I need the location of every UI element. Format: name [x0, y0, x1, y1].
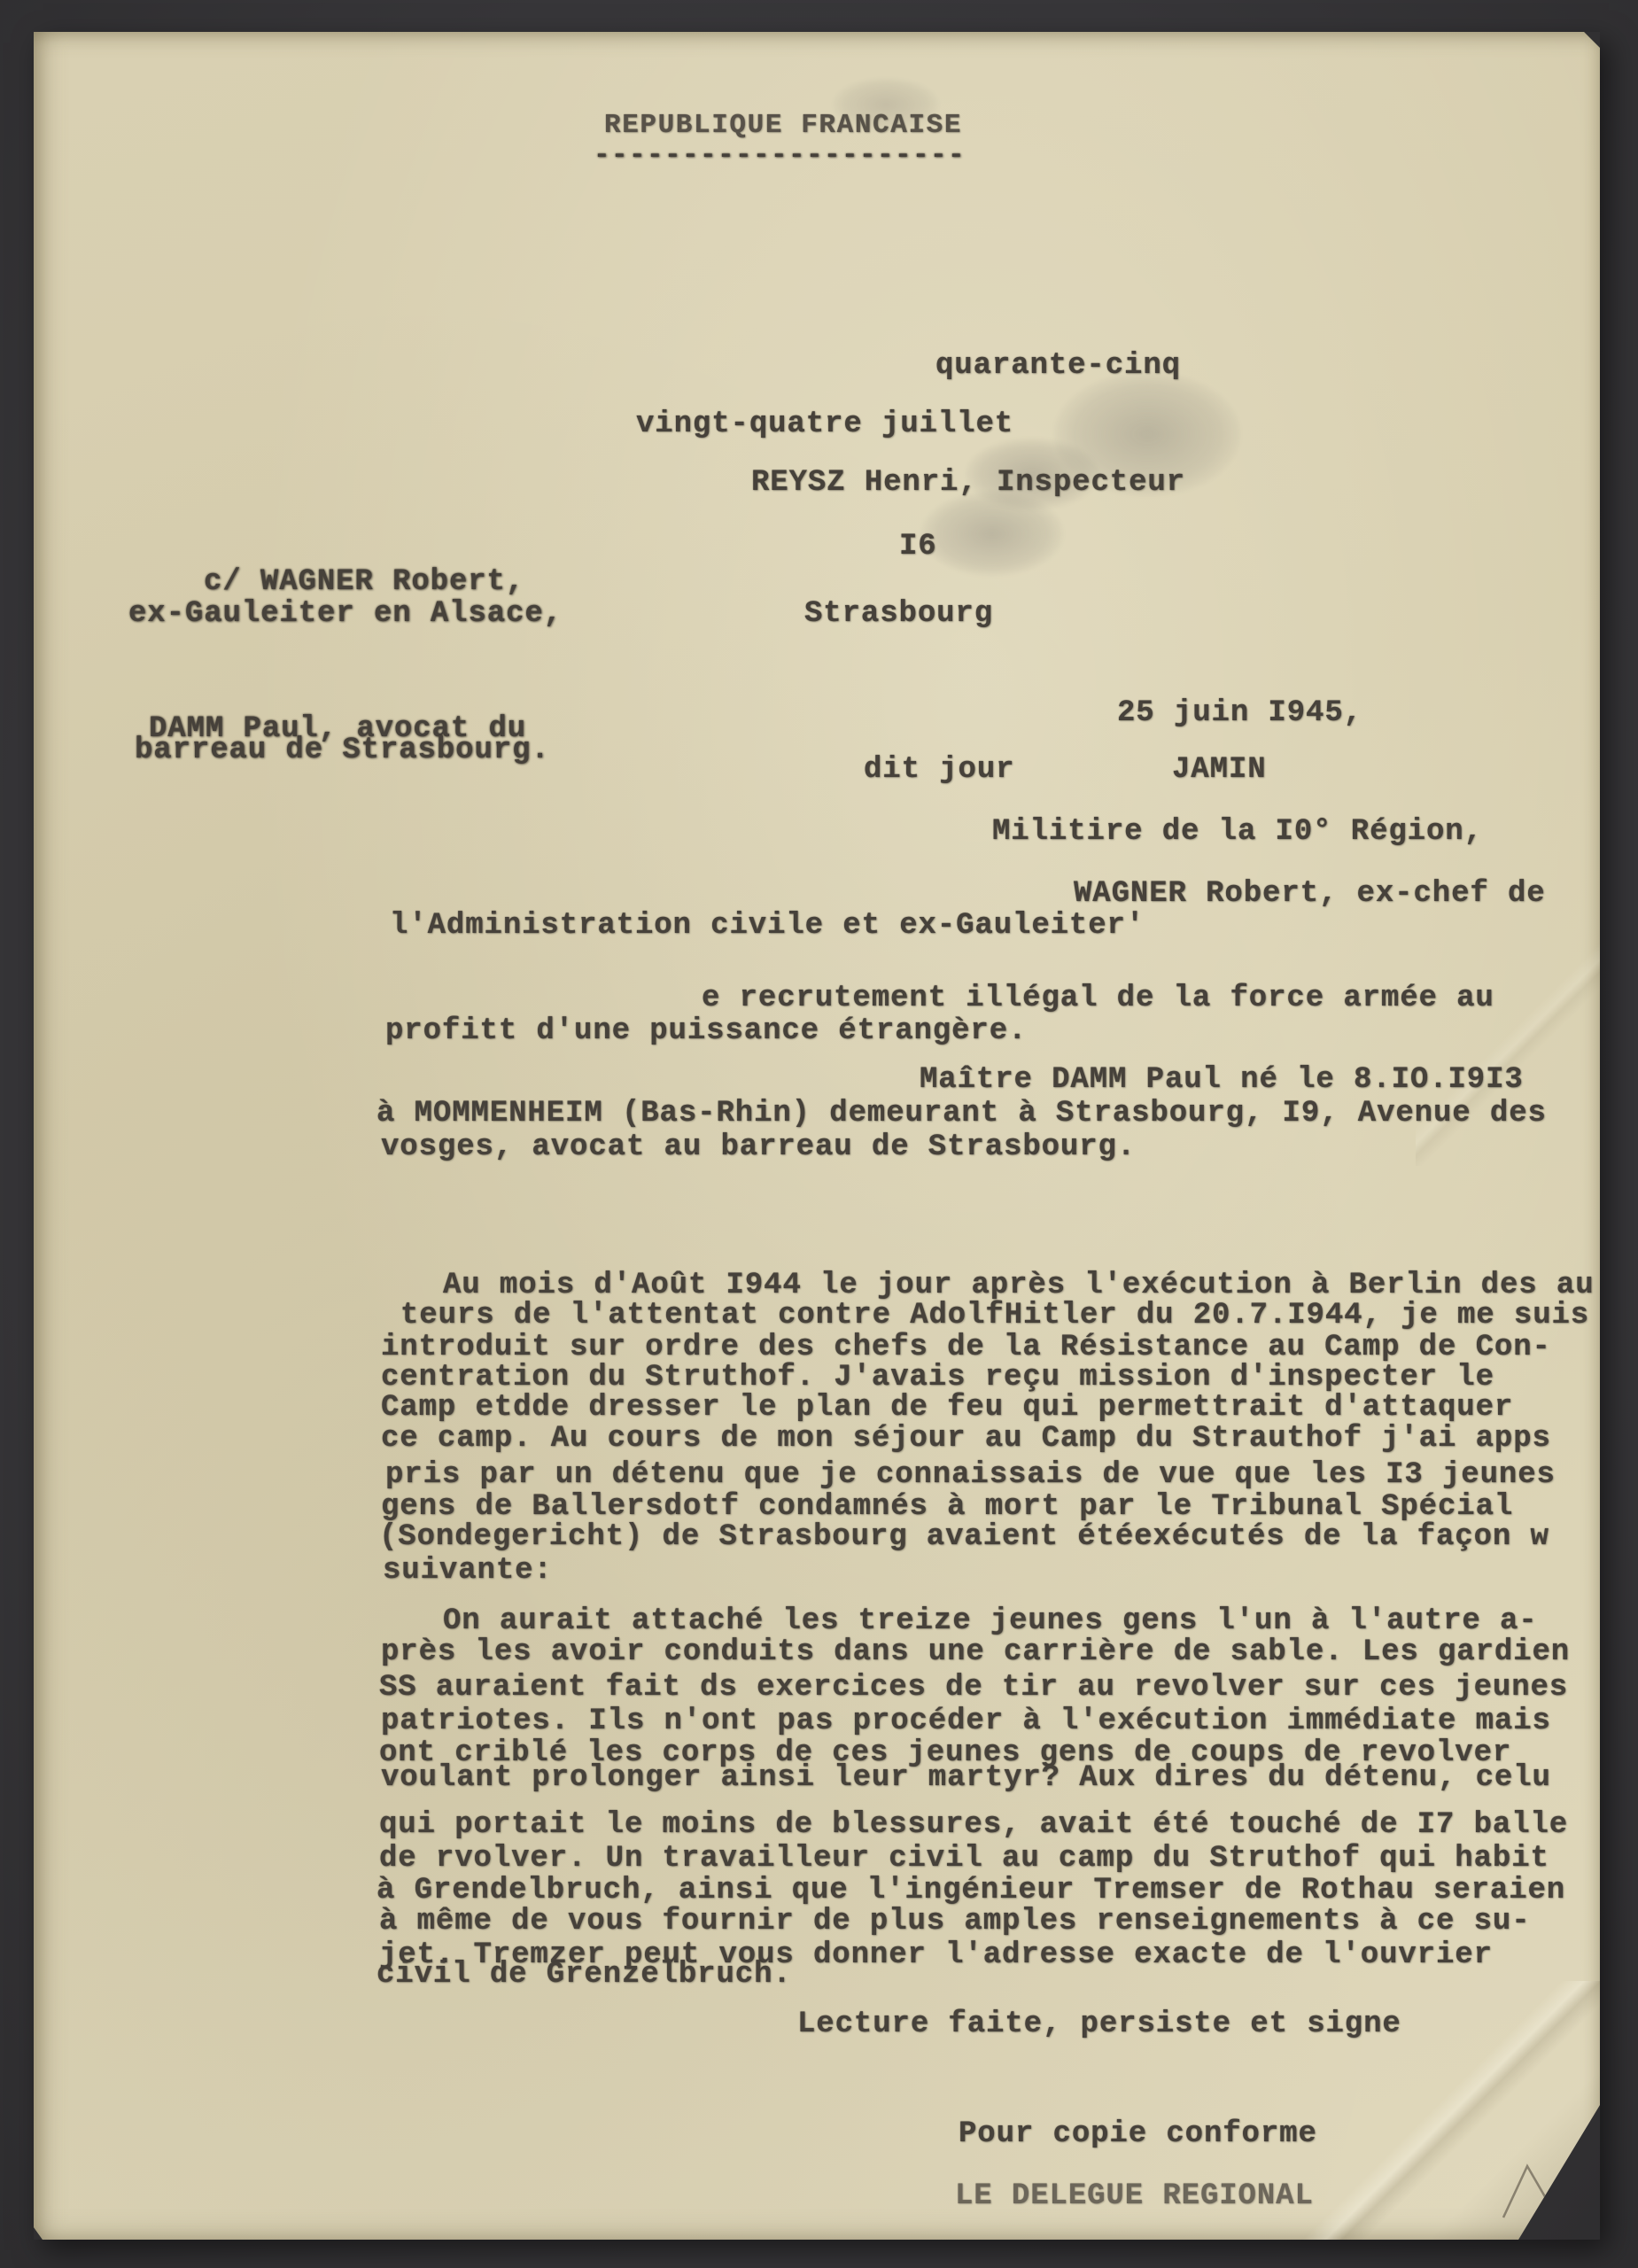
closing-copy-line: Pour copie conforme — [959, 2119, 1317, 2149]
closing-delegate-line: LE DELEGUE REGIONAL — [955, 2181, 1314, 2211]
witness-line1: Maître DAMM Paul né le 8.IO.I9I3 — [920, 1065, 1524, 1095]
number-line: I6 — [899, 532, 937, 562]
accused-margin-line2: ex-Gauleiter en Alsace, — [128, 599, 563, 629]
paper-crease — [1416, 936, 1602, 1166]
para2-line: qui portait le moins de blessures, avait… — [379, 1810, 1568, 1840]
para2-line: près les avoir conduits dans une carrièr… — [381, 1637, 1570, 1667]
para2-line: On aurait attaché les treize jeunes gens… — [443, 1606, 1538, 1636]
para2-line: à Grendelbruch, ainsi que l'ingénieur Tr… — [377, 1876, 1565, 1906]
accused-margin-line1: c/ WAGNER Robert, — [204, 567, 524, 597]
para1-line: ce camp. Au cours de mon séjour au Camp … — [381, 1424, 1551, 1454]
para1-line: (Sondegericht) de Strasbourg avaient été… — [379, 1522, 1549, 1552]
para2-line: SS auraient fait ds exercices de tir au … — [379, 1673, 1568, 1703]
para2-line: à même de vous fournir de plus amples re… — [379, 1907, 1531, 1937]
para1-line: Au mois d'Août I944 le jour après l'exéc… — [443, 1270, 1595, 1301]
para1-line: introduit sur ordre des chefs de la Rési… — [381, 1332, 1551, 1363]
city-line: Strasbourg — [804, 599, 993, 629]
para1-line: Camp etdde dresser le plan de feu qui pe… — [381, 1393, 1513, 1423]
para2-line: civil de Grenzelbruch. — [377, 1960, 792, 1990]
witness-line2: à MOMMENHEIM (Bas-Rhin) demeurant à Stra… — [377, 1099, 1547, 1129]
document-title: REPUBLIQUE FRANCAISE — [604, 112, 962, 139]
para2-line: voulant prolonger ainsi leur martyr? Aux… — [381, 1763, 1551, 1793]
date-words-line: vingt-quatre juillet — [636, 409, 1013, 439]
region-line: Militire de la I0° Région, — [992, 817, 1483, 847]
amount-line: quarante-cinq — [935, 351, 1181, 381]
para1-line: pris par un détenu que je connaissais de… — [385, 1460, 1556, 1490]
charge-line1: e recrutement illégal de la force armée … — [702, 983, 1494, 1014]
date-line: 25 juin I945, — [1117, 698, 1362, 728]
title-underline: --------------------- — [594, 142, 966, 169]
para1-line: suivante: — [383, 1556, 553, 1586]
para2-line: de rvolver. Un travailleur civil au camp… — [379, 1844, 1549, 1874]
signatory-name: JAMIN — [1172, 755, 1267, 785]
accused-title-line1: WAGNER Robert, ex-chef de — [1074, 879, 1546, 909]
accused-title-line2: l'Administration civile et ex-Gauleiter' — [390, 911, 1145, 941]
para2-line: patriotes. Ils n'ont pas procéder à l'ex… — [381, 1706, 1551, 1736]
dit-jour-line: dit jour — [864, 755, 1014, 785]
scan-surface: REPUBLIQUE FRANCAISE -------------------… — [0, 0, 1638, 2268]
para1-line: centration du Struthof. J'avais reçu mis… — [381, 1363, 1494, 1393]
charge-line2: profitt d'une puissance étrangère. — [385, 1016, 1027, 1046]
para1-line: teurs de l'attentat contre AdolfHitler d… — [400, 1301, 1589, 1331]
inspector-line: REYSZ Henri, Inspecteur — [751, 468, 1185, 498]
lawyer-margin-line2: barreau de Strasbourg. — [135, 735, 550, 765]
para1-line: gens de Ballersdotf condamnés à mort par… — [381, 1492, 1513, 1522]
witness-line3: vosges, avocat au barreau de Strasbourg. — [381, 1132, 1136, 1162]
closing-read-line: Lecture faite, persiste et signe — [797, 2009, 1401, 2039]
